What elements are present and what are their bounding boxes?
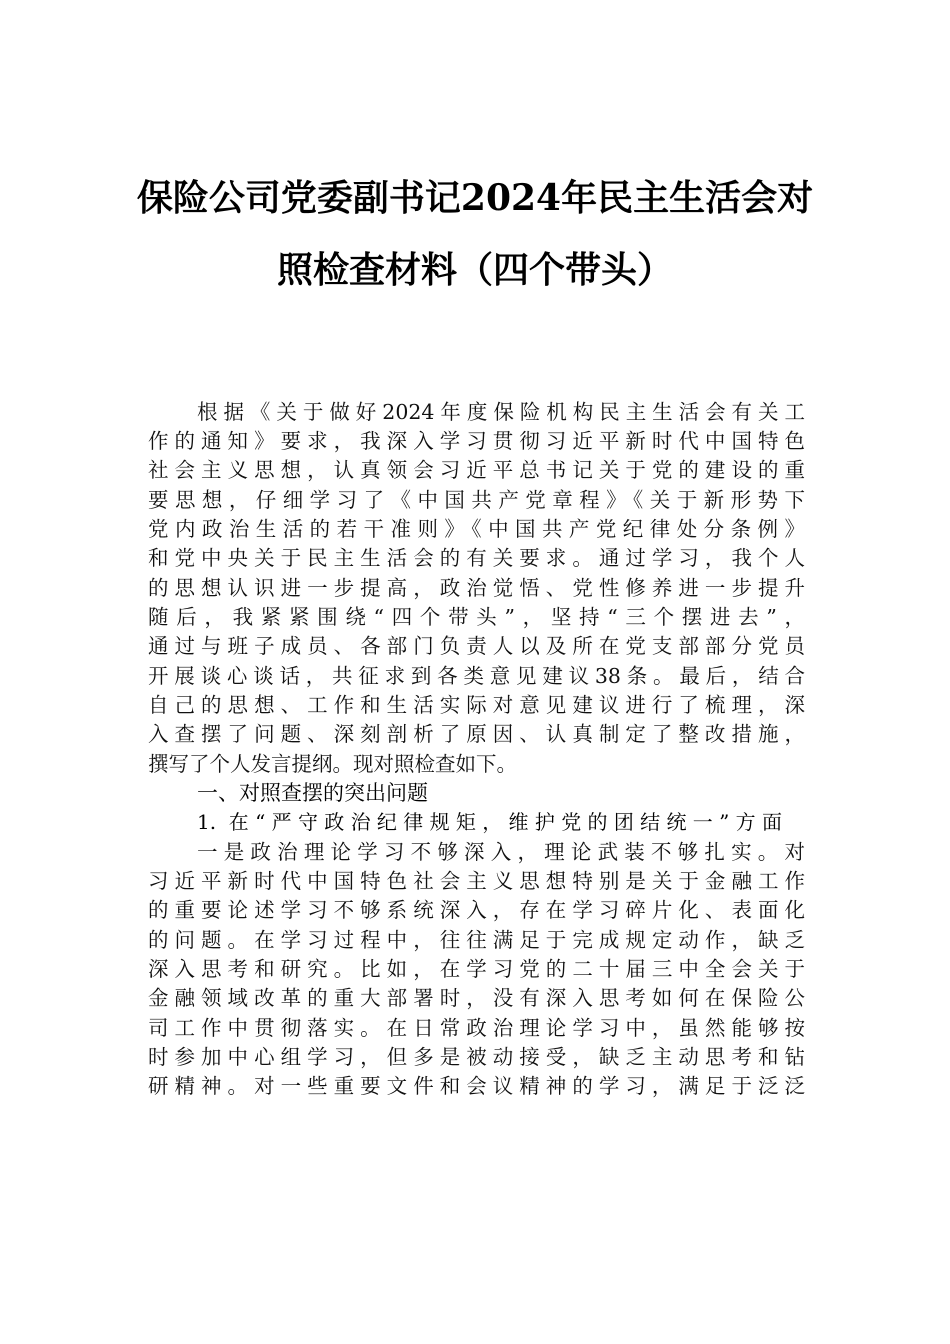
text-line: 习近平新时代中国特色社会主义思想特别是关于金融工作 xyxy=(148,867,805,896)
document-title-line-1: 保险公司党委副书记2024年民主生活会对 xyxy=(0,170,950,221)
text-line: 随后，我紧紧围绕“四个带头”，坚持“三个摆进去”， xyxy=(148,603,805,632)
text-line: 要思想，仔细学习了《中国共产党章程》《关于新形势下 xyxy=(148,486,805,515)
text-line: 自己的思想、工作和生活实际对意见建议进行了梳理，深 xyxy=(148,691,805,720)
document-page: 保险公司党委副书记2024年民主生活会对 照检查材料（四个带头） 根据《关于做好… xyxy=(0,0,950,1344)
subsection-heading: 1. 在“严守政治纪律规矩，维护党的团结统一”方面 xyxy=(197,808,782,837)
text-line: 金融领域改革的重大部署时，没有深入思考如何在保险公 xyxy=(148,984,805,1013)
text-line: 党内政治生活的若干准则》《中国共产党纪律处分条例》 xyxy=(148,515,805,544)
text-line: 作的通知》要求，我深入学习贯彻习近平新时代中国特色 xyxy=(148,427,805,456)
text-line: 的问题。在学习过程中，往往满足于完成规定动作，缺乏 xyxy=(148,926,805,955)
text-line: 开展谈心谈话，共征求到各类意见建议38条。最后，结合 xyxy=(148,662,805,691)
document-title-line-2: 照检查材料（四个带头） xyxy=(0,242,950,293)
text-line: 一是政治理论学习不够深入，理论武装不够扎实。对 xyxy=(197,838,805,867)
text-line: 撰写了个人发言提纲。现对照检查如下。 xyxy=(148,750,805,779)
text-line: 的思想认识进一步提高，政治觉悟、党性修养进一步提升 xyxy=(148,574,805,603)
text-line: 深入思考和研究。比如，在学习党的二十届三中全会关于 xyxy=(148,955,805,984)
text-line: 研精神。对一些重要文件和会议精神的学习，满足于泛泛 xyxy=(148,1072,805,1101)
text-line: 社会主义思想，认真领会习近平总书记关于党的建设的重 xyxy=(148,456,805,485)
text-line: 入查摆了问题、深刻剖析了原因、认真制定了整改措施， xyxy=(148,720,805,749)
section-heading: 一、对照查摆的突出问题 xyxy=(197,779,428,808)
text-line: 通过与班子成员、各部门负责人以及所在党支部部分党员 xyxy=(148,632,805,661)
text-line: 时参加中心组学习，但多是被动接受，缺乏主动思考和钻 xyxy=(148,1043,805,1072)
text-line: 司工作中贯彻落实。在日常政治理论学习中，虽然能够按 xyxy=(148,1014,805,1043)
text-line: 的重要论述学习不够系统深入，存在学习碎片化、表面化 xyxy=(148,896,805,925)
text-line: 和党中央关于民主生活会的有关要求。通过学习，我个人 xyxy=(148,544,805,573)
text-line: 根据《关于做好2024年度保险机构民主生活会有关工 xyxy=(197,398,805,427)
